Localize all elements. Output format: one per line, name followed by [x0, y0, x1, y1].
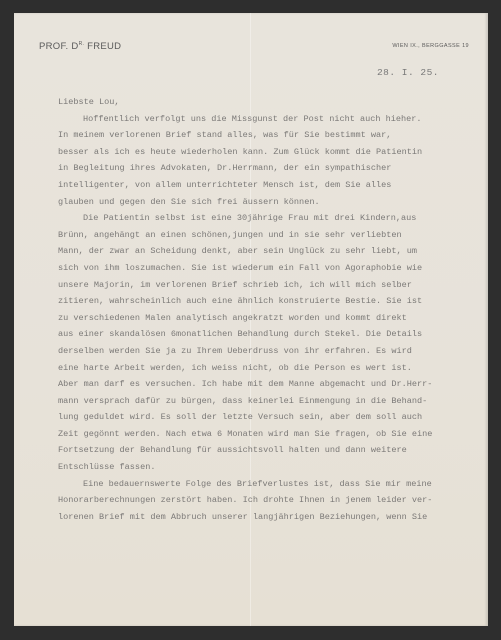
text-line: derselben werden Sie ja zu Ihrem Ueberdr…	[58, 343, 478, 360]
text-line: lung geduldet wird. Es soll der letzte V…	[58, 409, 478, 426]
text-line: Eine bedauernswerte Folge des Briefverlu…	[58, 476, 478, 493]
text-line: Die Patientin selbst ist eine 30jährige …	[58, 210, 478, 227]
salutation: Liebste Lou,	[58, 94, 478, 111]
text-line: glauben und gegen den Sie sich frei äuss…	[58, 194, 478, 211]
letterhead-name-prefix: PROF. D	[39, 41, 79, 52]
text-line: unsere Majorin, im verlorenen Brief schr…	[58, 277, 478, 294]
text-line: Mann, der zwar an Scheidung denkt, aber …	[58, 243, 478, 260]
text-line: Aber man darf es versuchen. Ich habe mit…	[58, 376, 478, 393]
text-line: lorenen Brief mit dem Abbruch unserer la…	[58, 509, 478, 526]
text-line: in Begleitung ihres Advokaten, Dr.Herrma…	[58, 160, 478, 177]
text-line: besser als ich es heute wiederholen kann…	[58, 144, 478, 161]
text-line: mann versprach dafür zu bürgen, dass kei…	[58, 393, 478, 410]
text-line: intelligenter, von allem unterrichteter …	[58, 177, 478, 194]
text-line: Zeit gegönnt werden. Nach etwa 6 Monaten…	[58, 426, 478, 443]
text-line: eine harte Arbeit werden, ich weiss nich…	[58, 360, 478, 377]
letterhead-name: PROF. DR. FREUD	[39, 41, 121, 52]
text-line: sich von ihm loszumachen. Sie ist wieder…	[58, 260, 478, 277]
letter-page: PROF. DR. FREUD WIEN IX., BERGGASSE 19 2…	[14, 13, 488, 626]
letterhead-name-suffix: FREUD	[84, 41, 121, 52]
text-line: Entschlüsse fassen.	[58, 459, 478, 476]
text-line: zu verschiedenen Malen analytisch angekr…	[58, 310, 478, 327]
text-line: aus einer skandalösen 6monatlichen Behan…	[58, 326, 478, 343]
text-line: zitieren, wahrscheinlich auch eine ähnli…	[58, 293, 478, 310]
text-line: Fortsetzung der Behandlung für aussichts…	[58, 442, 478, 459]
text-line: Honorarberechnungen zerstört haben. Ich …	[58, 492, 478, 509]
text-line: Brünn, angehängt an einen schönen,jungen…	[58, 227, 478, 244]
text-line: In meinem verlorenen Brief stand alles, …	[58, 127, 478, 144]
letter-body: Liebste Lou, Hoffentlich verfolgt uns di…	[58, 94, 478, 525]
letter-date: 28. I. 25.	[377, 67, 439, 78]
text-line: Hoffentlich verfolgt uns die Missgunst d…	[58, 111, 478, 128]
letterhead-address: WIEN IX., BERGGASSE 19	[392, 43, 469, 49]
